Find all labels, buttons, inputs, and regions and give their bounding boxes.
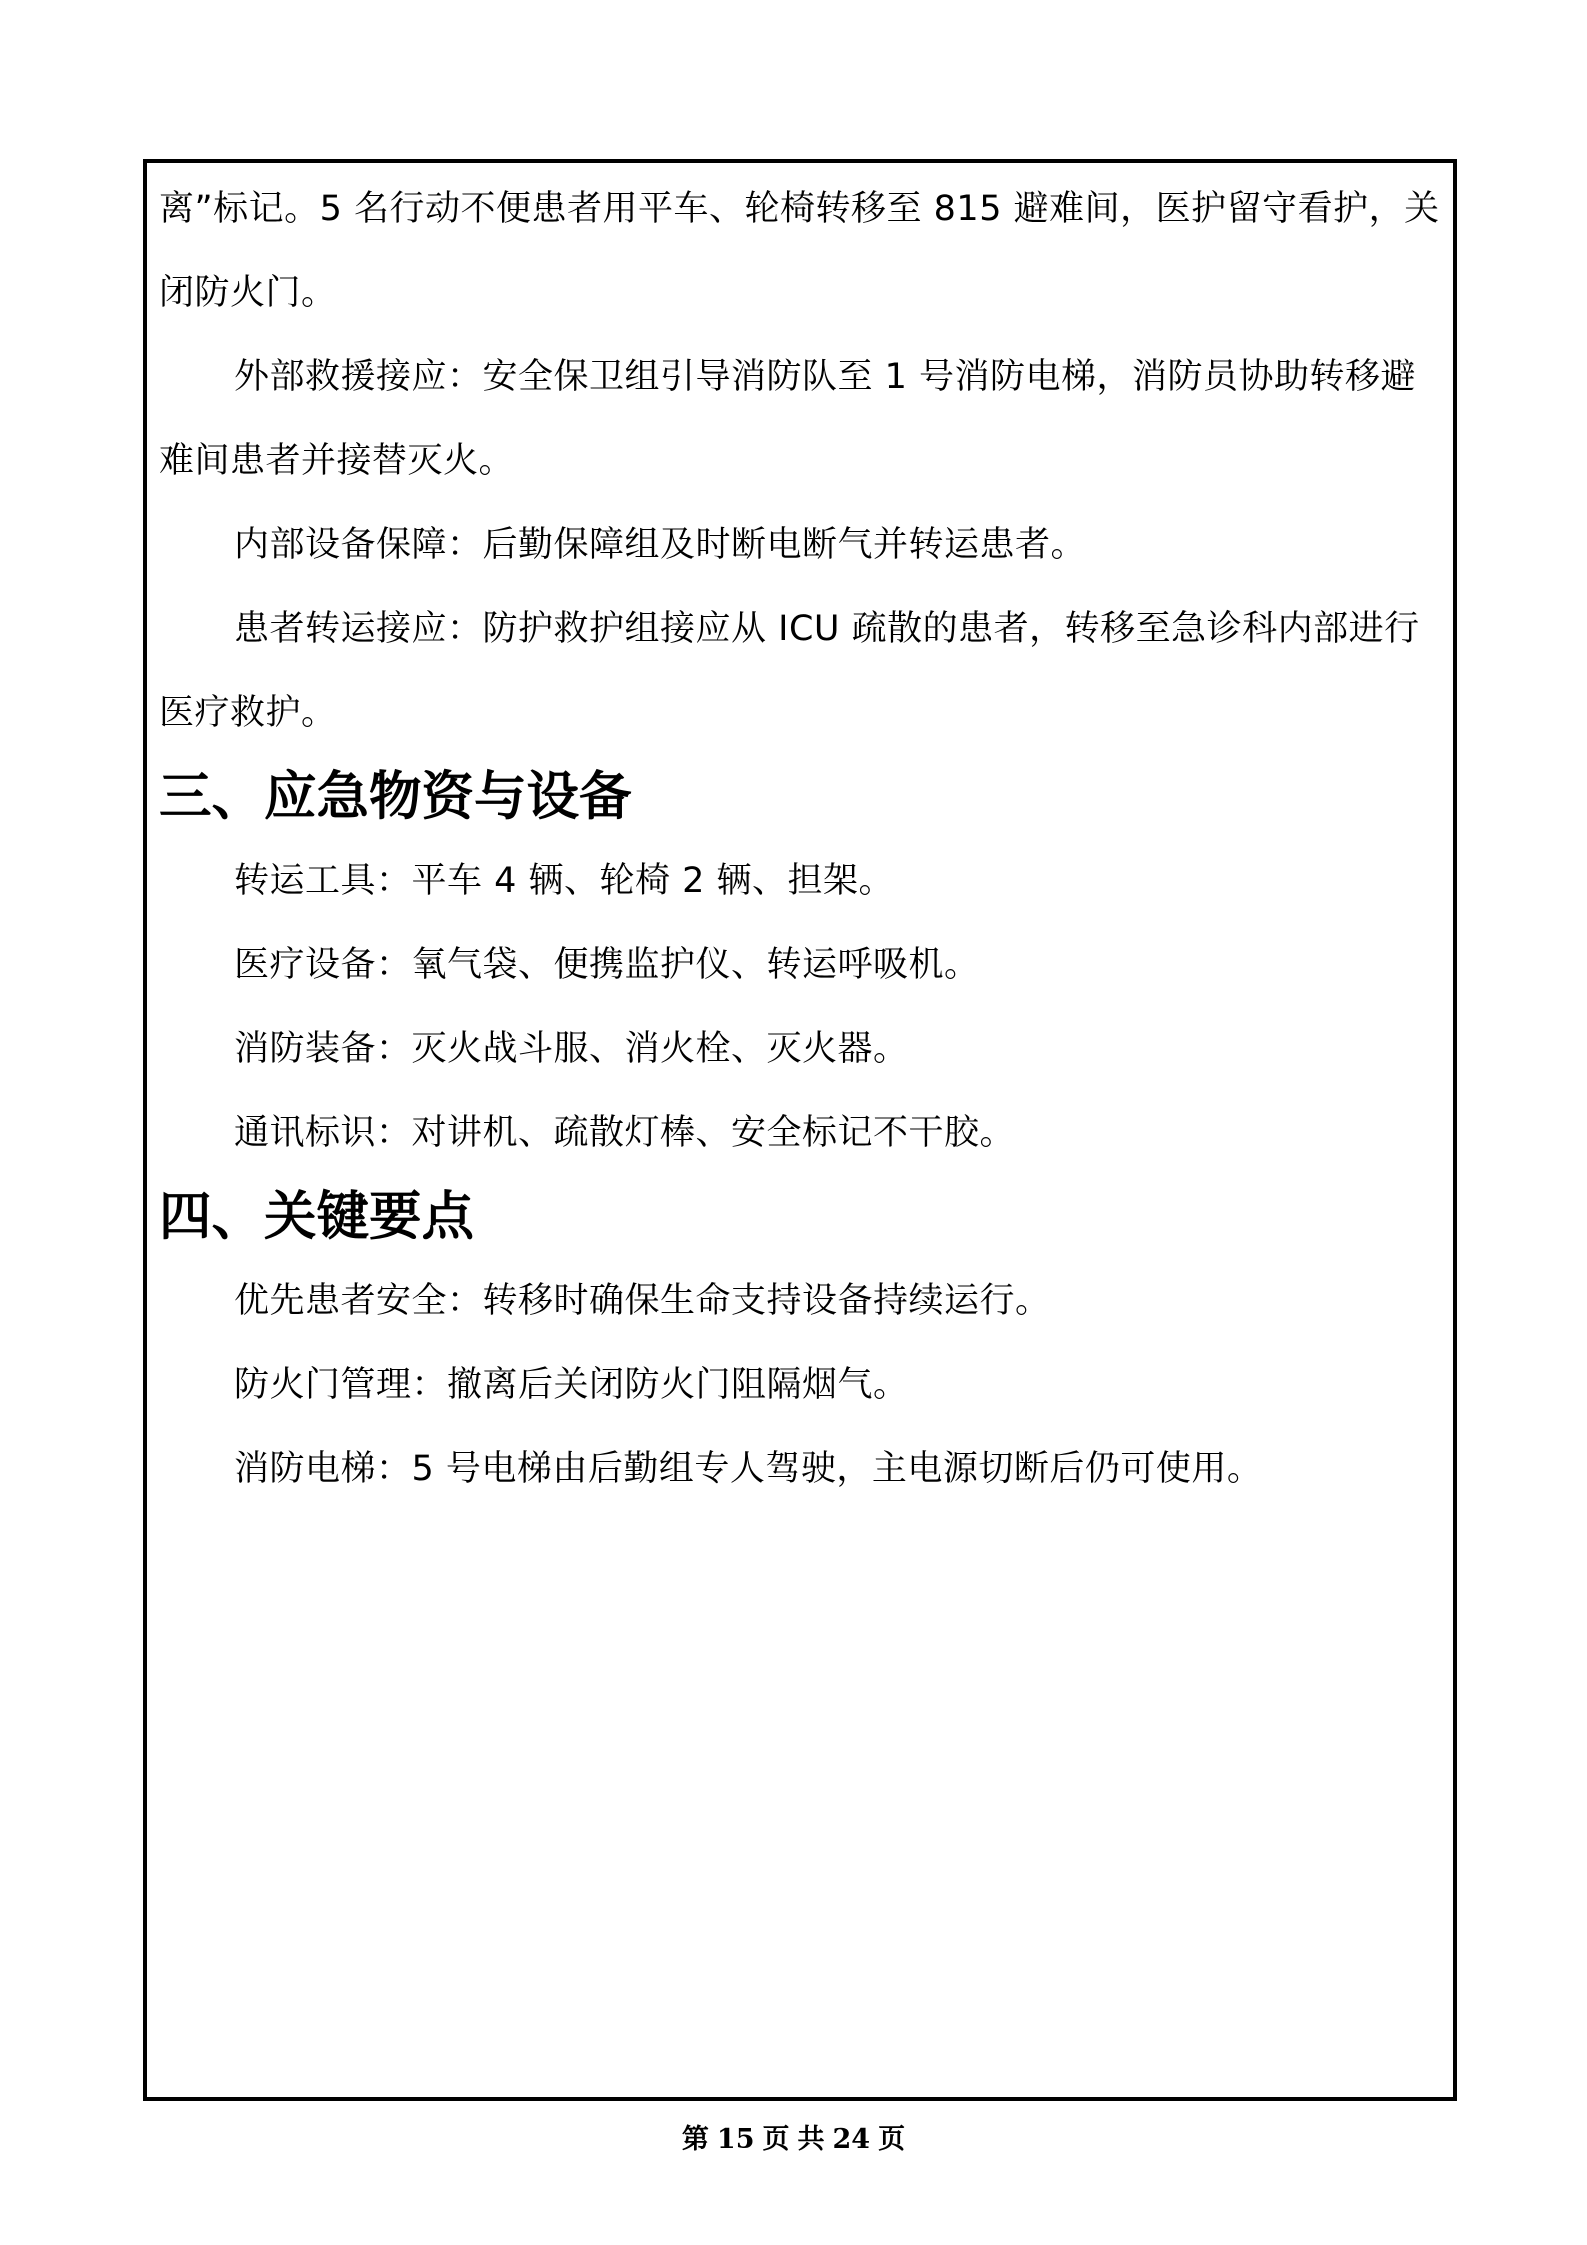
paragraph-fire-equipment: 消防装备：灭火战斗服、消火栓、灭火器。 (159, 1007, 1445, 1091)
footer-page-unit: 页 (763, 2124, 790, 2155)
document-content: 离”标记。5 名行动不便患者用平车、轮椅转移至 815 避难间，医护留守看护，关… (159, 167, 1445, 1511)
paragraph-fire-door: 防火门管理：撤离后关闭防火门阻隔烟气。 (159, 1343, 1445, 1427)
footer-total-prefix: 共 (798, 2124, 825, 2155)
footer-total-unit: 页 (878, 2124, 905, 2155)
page-footer: 第15页共24页 (0, 2120, 1587, 2160)
paragraph-evacuation-continuation: 离”标记。5 名行动不便患者用平车、轮椅转移至 815 避难间，医护留守看护，关… (159, 167, 1445, 335)
paragraph-patient-safety: 优先患者安全：转移时确保生命支持设备持续运行。 (159, 1259, 1445, 1343)
paragraph-external-rescue: 外部救援接应：安全保卫组引导消防队至 1 号消防电梯，消防员协助转移避难间患者并… (159, 335, 1445, 503)
paragraph-fire-elevator: 消防电梯：5 号电梯由后勤组专人驾驶，主电源切断后仍可使用。 (159, 1427, 1445, 1511)
paragraph-transport-tools: 转运工具：平车 4 辆、轮椅 2 辆、担架。 (159, 839, 1445, 923)
paragraph-internal-equipment: 内部设备保障：后勤保障组及时断电断气并转运患者。 (159, 503, 1445, 587)
current-page-number: 15 (717, 2124, 755, 2155)
paragraph-medical-equipment: 医疗设备：氧气袋、便携监护仪、转运呼吸机。 (159, 923, 1445, 1007)
total-page-count: 24 (833, 2124, 871, 2155)
section-heading-supplies: 三、应急物资与设备 (159, 755, 1445, 839)
footer-prefix: 第 (682, 2124, 709, 2155)
paragraph-communication: 通讯标识：对讲机、疏散灯棒、安全标记不干胶。 (159, 1091, 1445, 1175)
paragraph-patient-transfer: 患者转运接应：防护救护组接应从 ICU 疏散的患者，转移至急诊科内部进行医疗救护… (159, 587, 1445, 755)
section-heading-key-points: 四、关键要点 (159, 1175, 1445, 1259)
document-frame: 离”标记。5 名行动不便患者用平车、轮椅转移至 815 避难间，医护留守看护，关… (143, 159, 1457, 2101)
